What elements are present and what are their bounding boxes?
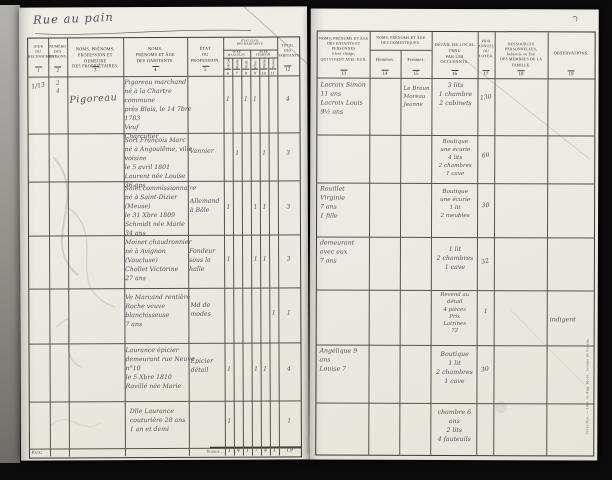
group-header-etat-civil: ÉTAT CIVIL DES HABITANTS.: [223, 39, 277, 46]
grid-line: [317, 345, 594, 347]
row-5-lodging-detail: Revend au détail 4 pièces Prix Latrines …: [433, 292, 477, 336]
column-number-4: 4: [123, 66, 187, 73]
group-header-domestiques: NOMS, PRÉNOMS ET ÂGE DES DOMESTIQUES.: [370, 36, 432, 46]
row-total: 3: [278, 203, 299, 210]
tally-mark: 1: [224, 256, 233, 263]
tally-mark: 1: [261, 366, 270, 373]
tally-mark: 1: [260, 204, 269, 211]
column-header-detail-local: DÉTAIL DE LOCAL TENU PAR LES OCCUPANTS.: [432, 42, 478, 65]
row-1-rent: 130: [477, 93, 495, 104]
row-6-profession: Épicier détail: [191, 358, 225, 376]
column-number-1: 1: [28, 67, 48, 74]
column-number-10: 10: [259, 69, 268, 76]
column-header-jour: JOUR DU RECENSEMENT.: [28, 45, 48, 60]
scan-background-strip: [0, 5, 20, 463]
row-7-lodging-detail: chambre 6 ans 2 lits 4 fauteuils: [432, 409, 476, 445]
tally-mark: 1: [224, 204, 233, 211]
totaux-label: Totaux . .: [180, 448, 224, 453]
column-number-5: 5: [187, 66, 223, 73]
grid-line: [370, 50, 432, 51]
column-number-12: 12: [277, 65, 298, 72]
grid-line: [268, 58, 271, 456]
subcolumn-header-femmes: Femmes.: [401, 57, 432, 63]
row-3-children: Rouillet Virginie 7 ans 1 fille: [320, 186, 370, 222]
tally-mark: 1: [269, 310, 278, 317]
row-1-children: Lacroix Simon 11 ans Lacroix Louis 9½ an…: [320, 82, 370, 118]
right-page: NOMS, PRÉNOMS ET ÂGE DES ENFANTS ET PERS…: [309, 8, 599, 460]
row-2-rent: 60: [477, 151, 495, 162]
row-total: 3: [278, 255, 299, 262]
tally-mark: 1: [250, 96, 259, 103]
row-4-children: demeurant avec eux 7 ans: [320, 240, 370, 267]
grid-line: [318, 78, 595, 80]
row-7-inhabitants: Dlle Laurance couturière 28 ans 1 an et …: [130, 408, 204, 435]
row-total: 4: [279, 365, 300, 372]
column-number-18: 18: [495, 70, 548, 77]
column-header-garcons: Garçons.: [226, 58, 230, 69]
column-number-14: 14: [370, 70, 401, 77]
column-number-2: 2: [48, 66, 67, 73]
grid-line: [368, 32, 370, 455]
row-6-children: Angélique 9 ans Louise 7: [320, 348, 370, 375]
row-5-profession: Md de modes: [190, 302, 224, 320]
row-3-profession: Allemand à Bâle: [190, 198, 224, 216]
column-number-9: 9: [250, 69, 259, 76]
tally-mark: 1: [252, 366, 261, 373]
tally-mark: 1: [251, 204, 260, 211]
column-header-observations: OBSERVATIONS.: [548, 50, 595, 56]
grid-line: [317, 183, 594, 185]
column-header-maisons: NUMÉRO DES MAISONS.: [48, 44, 67, 59]
row-6-lodging-detail: Boutique 1 lit 2 chambres 1 cave: [434, 351, 474, 387]
row-1-lodging-detail: 3 lits 1 chambre 2 cabinets: [435, 82, 475, 109]
row-2-profession: Vannier: [190, 148, 224, 157]
column-number-7: 7: [232, 69, 241, 76]
column-header-enfants: NOMS, PRÉNOMS ET ÂGE DES ENFANTS ET PERS…: [318, 37, 370, 63]
row-total: 3: [278, 149, 299, 156]
row-total: 4: [277, 95, 298, 102]
grid-line: [48, 38, 51, 456]
left-page: Rue au pain JOUR DU RECENSEMENT. 1 NUMÉR…: [19, 6, 309, 460]
column-header-filles: Filles.: [253, 58, 257, 69]
row-3-lodging-detail: Boutique une écurie 1 lit 2 meubles: [435, 188, 475, 221]
row-4-rent: 32: [476, 256, 494, 268]
column-header-mariees: Mariées.: [262, 58, 266, 69]
grid-line: [546, 32, 548, 455]
grid-line: [399, 50, 401, 455]
row-1-proprietaire: Pigoreau: [69, 91, 124, 108]
column-number-6: 6: [223, 69, 232, 76]
tally-mark: 1: [260, 150, 269, 157]
tally-mark: 1: [233, 150, 242, 157]
scanned-census-register: Rue au pain JOUR DU RECENSEMENT. 1 NUMÉR…: [0, 0, 612, 480]
column-number-15: 15: [401, 70, 432, 77]
column-header-maries: Mariés.: [235, 58, 239, 69]
printer-imprint: Versailles. — Imp. de Aug. Mont., avenue…: [585, 244, 590, 434]
grid-line: [317, 135, 594, 137]
tally-mark: 1: [225, 418, 234, 425]
row-1-female-servants: Le Braun Moreau Jeanne: [403, 85, 431, 109]
column-number-8: 8: [241, 69, 250, 76]
column-number-17: 17: [478, 70, 495, 77]
census-table-left: JOUR DU RECENSEMENT. 1 NUMÉRO DES MAISON…: [27, 36, 302, 458]
tally-mark: 1: [241, 96, 250, 103]
row-5-rent: 1: [479, 308, 493, 317]
column-header-habitants: NOMS, PRÉNOMS ET ÂGE DES HABITANTS.: [123, 46, 187, 64]
grid-line: [476, 32, 478, 455]
grid-line: [493, 32, 495, 455]
column-header-prix-loyer: PRIX ANNUEL DU LOYER.: [478, 39, 495, 58]
row-total: 1: [278, 309, 299, 316]
tally-mark: 1: [251, 256, 260, 263]
row-4-profession: Fondeur sous la halle: [189, 248, 225, 275]
tally-mark: 1: [223, 96, 232, 103]
column-header-profession: ÉTAT OU PROFESSION.: [187, 46, 223, 64]
tally-mark: 1: [225, 366, 234, 373]
page-label: Page;: [32, 449, 42, 454]
row-4-lodging-detail: 1 lit 2 chambres 1 cave: [435, 246, 475, 273]
column-header-total: TOTAL DES HABITANTS.: [277, 43, 298, 58]
column-header-veuves: Veuves.: [271, 58, 275, 69]
column-number-3: 3: [67, 66, 123, 73]
street-title: Rue au pain: [33, 9, 114, 29]
row-3-rent: 30: [477, 202, 494, 211]
grid-line: [317, 237, 594, 239]
row-1-maison-numbers: 2 4: [49, 80, 66, 96]
row-2-lodging-detail: Boutique une écurie 4 lits 2 chambres 1 …: [435, 138, 475, 179]
grid-line: [316, 403, 593, 405]
census-table-right: NOMS, PRÉNOMS ET ÂGE DES ENFANTS ET PERS…: [315, 31, 595, 457]
row-1-jour: 1/13: [29, 81, 48, 93]
column-header-ressources: RESSOURCES PERSONNELLES, Industrie ou Ét…: [495, 42, 548, 68]
column-number-11: 11: [268, 69, 277, 76]
column-number-13: 13: [318, 70, 370, 77]
grid-line: [430, 32, 432, 455]
row-total: 1: [279, 417, 300, 424]
row-6-rent: 30: [476, 365, 494, 376]
column-number-16: 16: [432, 70, 478, 77]
subcolumn-header-hommes: Hommes.: [370, 57, 401, 63]
tally-mark: 1: [260, 256, 269, 263]
grid-line: [241, 58, 244, 456]
column-number-19: 19: [548, 70, 595, 77]
grid-line: [250, 50, 253, 456]
column-header-veufs: Veufs.: [244, 58, 248, 69]
grid-line: [232, 58, 235, 456]
